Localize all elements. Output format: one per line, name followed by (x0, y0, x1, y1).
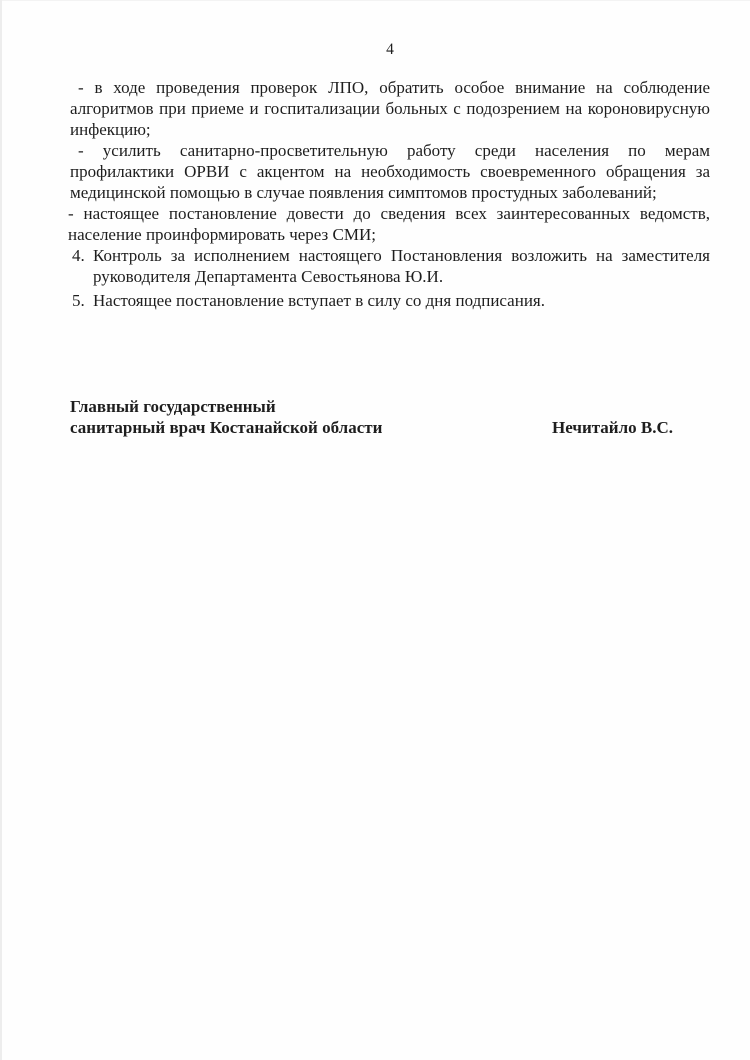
signature-block: Главный государственный санитарный врач … (70, 396, 710, 438)
list-item-4-text: Контроль за исполнением настоящего Поста… (93, 246, 710, 286)
list-item-4-control: 4. Контроль за исполнением настоящего По… (70, 245, 710, 287)
paragraph-sanitary-education: - усилить санитарно-просветительную рабо… (70, 140, 710, 203)
list-item-4-number: 4. (72, 245, 85, 266)
document-page: 4 - в ходе проведения проверок ЛПО, обра… (0, 0, 750, 1060)
page-number: 4 (70, 42, 710, 58)
paragraph-lpo-inspections: - в ходе проведения проверок ЛПО, обрати… (70, 77, 710, 140)
signatory-title-line1: Главный государственный (70, 396, 382, 417)
signatory-title-line2: санитарный врач Костанайской области (70, 417, 382, 438)
list-item-5-number: 5. (72, 290, 85, 311)
paragraph-inform-media: - настоящее постановление довести до све… (68, 203, 710, 245)
signatory-name: Нечитайло В.С. (552, 417, 710, 438)
list-item-5-text: Настоящее постановление вступает в силу … (93, 291, 545, 310)
signatory-title: Главный государственный санитарный врач … (70, 396, 382, 438)
document-body: - в ходе проведения проверок ЛПО, обрати… (70, 77, 710, 311)
list-item-5-effective-date: 5. Настоящее постановление вступает в си… (70, 290, 710, 311)
